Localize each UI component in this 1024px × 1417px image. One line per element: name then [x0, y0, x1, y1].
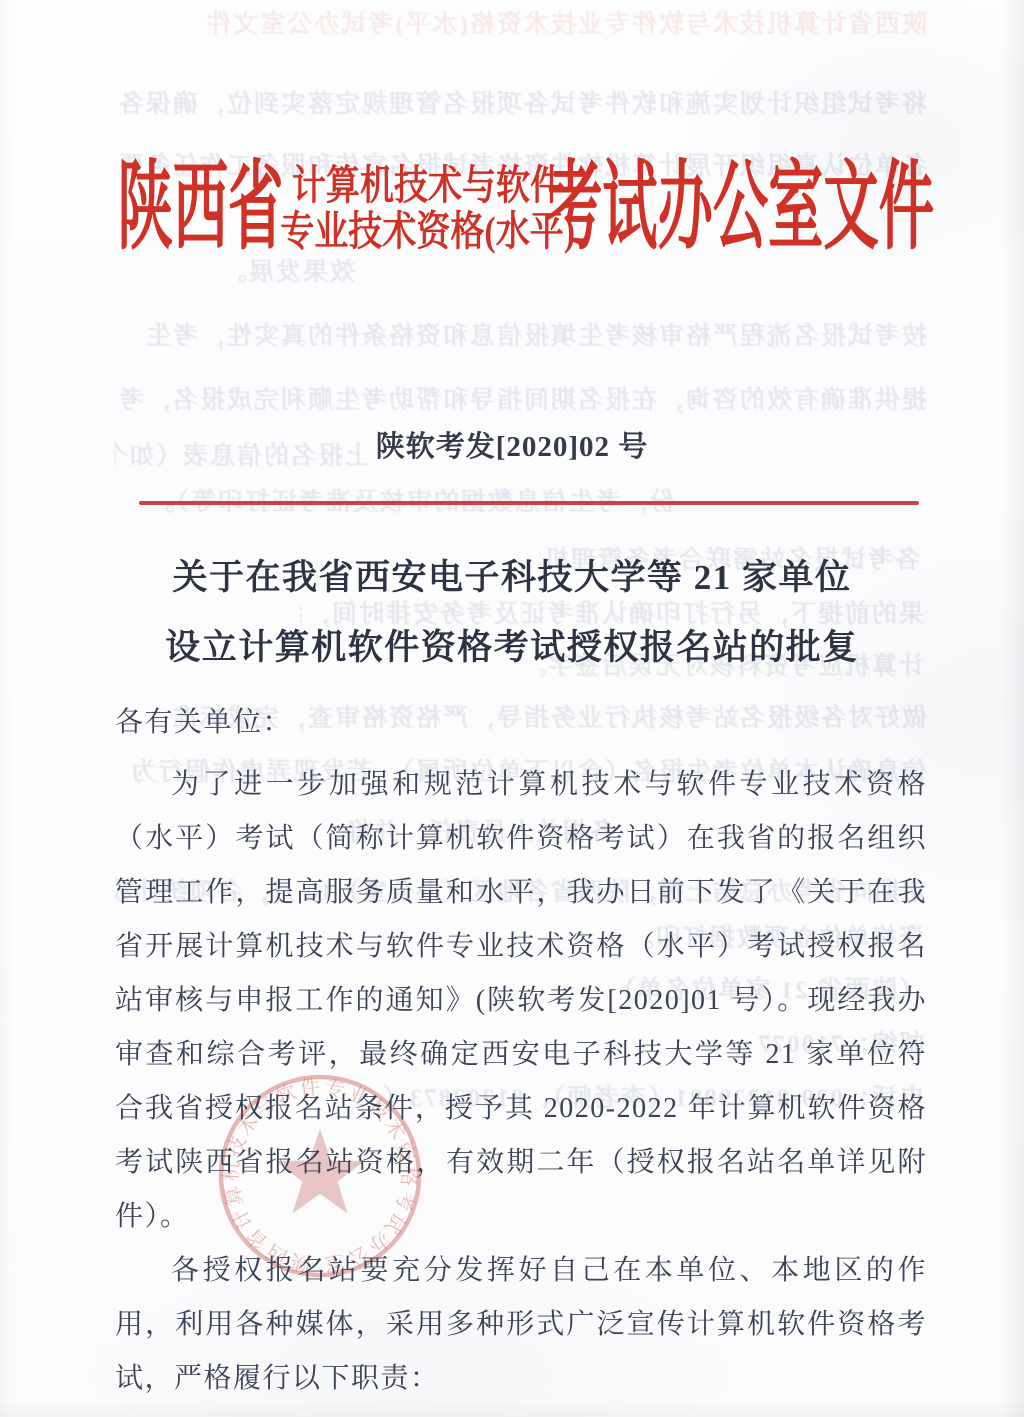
scanned-official-document: 陕西省计算机技术与软件专业技术资格(水平)考试办公室文件将考试组织计划实施和软件…: [0, 0, 1024, 1417]
document-title-line1: 关于在我省西安电子科技大学等 21 家单位: [172, 558, 851, 597]
bleed-through-line: 份，考生信息数据的审核及准考证打印等）。: [115, 482, 675, 518]
bleed-through-line: 陕西省计算机技术与软件专业技术资格(水平)考试办公室文件: [115, 4, 927, 40]
body-paragraph: 为了进一步加强和规范计算机技术与软件专业技术资格（水平）考试（简称计算机软件资格…: [115, 758, 927, 1244]
bleed-through-line: 提供准确有效的咨询，在报名期间指导和帮助考生顺利完成报名，考: [115, 380, 927, 416]
red-divider-rule: [139, 501, 919, 505]
salutation: 各有关单位：: [115, 696, 927, 750]
issuer-mid-line2: 专业技术资格(水平): [281, 208, 576, 254]
document-title-line2: 设立计算机软件资格考试授权报名站的批复: [165, 628, 859, 667]
issuer-name-right: 考试办公室文件: [546, 156, 933, 260]
issuer-name-middle: 计算机技术与软件 专业技术资格(水平): [292, 162, 564, 254]
bleed-through-line: 按考试报名流程严格审核考生填报信息和资格条件的真实性，考生: [115, 316, 927, 352]
document-body: 各有关单位： 为了进一步加强和规范计算机技术与软件专业技术资格（水平）考试（简称…: [115, 696, 927, 1406]
bleed-through-line: 将考试组织计划实施和软件考试各项报名管理规定落实到位，确保各: [115, 84, 927, 120]
body-paragraph: 各授权报名站要充分发挥好自己在本单位、本地区的作用，利用各种媒体，采用多种形式广…: [115, 1244, 927, 1406]
letterhead: 陕西省 计算机技术与软件 专业技术资格(水平) 考试办公室文件: [0, 156, 1024, 260]
document-title: 关于在我省西安电子科技大学等 21 家单位 设立计算机软件资格考试授权报名站的批…: [0, 543, 1024, 683]
issuer-name-left: 陕西省: [117, 156, 283, 260]
issuer-mid-line1: 计算机技术与软件: [292, 162, 564, 208]
document-number: 陕软考发[2020]02 号: [0, 424, 1024, 465]
